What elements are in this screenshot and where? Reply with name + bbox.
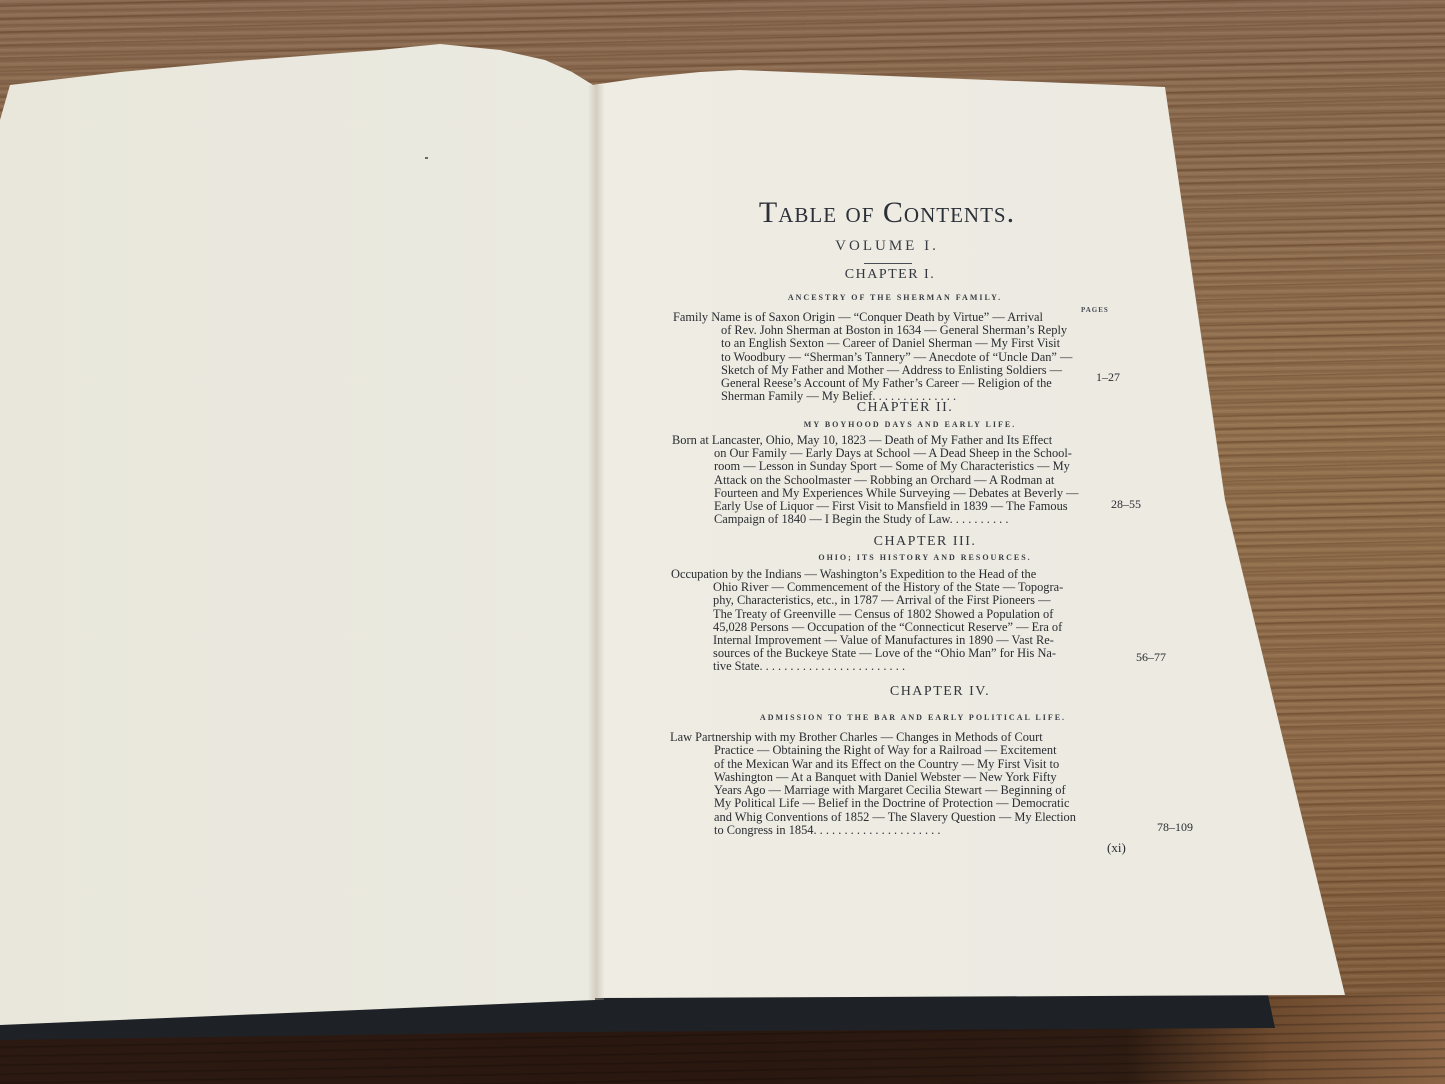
summary-line: tive State. . . . . . . . . . . . . . . … — [713, 660, 1117, 673]
summary-line: Campaign of 1840 — I Begin the Study of … — [714, 513, 1104, 526]
summary-line: My Political Life — Belief in the Doctri… — [714, 797, 1140, 810]
chapter-4-summary: Law Partnership with my Brother Charles … — [670, 731, 1140, 837]
chapter-3-summary: Occupation by the Indians — Washington’s… — [671, 568, 1117, 674]
summary-line: Years Ago — Marriage with Margaret Cecil… — [714, 784, 1140, 797]
chapter-1-pages: 1–27 — [1096, 370, 1120, 385]
book-gutter — [588, 85, 604, 1000]
chapter-1-subtitle: ANCESTRY OF THE SHERMAN FAMILY. — [750, 293, 1040, 302]
chapter-4-subtitle: ADMISSION TO THE BAR AND EARLY POLITICAL… — [738, 713, 1088, 722]
chapter-2-subtitle: MY BOYHOOD DAYS AND EARLY LIFE. — [770, 420, 1050, 429]
volume-label: VOLUME I. — [792, 238, 982, 255]
summary-line: Law Partnership with my Brother Charles … — [670, 731, 1140, 744]
chapter-4-pages: 78–109 — [1157, 820, 1193, 835]
page-title: Table of Contents. — [732, 196, 1042, 230]
summary-line: of the Mexican War and its Effect on the… — [714, 758, 1140, 771]
chapter-3-pages: 56–77 — [1136, 650, 1166, 665]
summary-line: and Whig Conventions of 1852 — The Slave… — [714, 811, 1140, 824]
chapter-2-pages: 28–55 — [1111, 497, 1141, 512]
paper-speck — [425, 157, 428, 159]
summary-line: Practice — Obtaining the Right of Way fo… — [714, 744, 1140, 757]
summary-line: room — Lesson in Sunday Sport — Some of … — [714, 460, 1104, 473]
summary-line: The Treaty of Greenville — Census of 180… — [713, 608, 1117, 621]
chapter-2-heading: CHAPTER II. — [815, 400, 995, 416]
summary-line: to an English Sexton — Career of Daniel … — [721, 337, 1079, 350]
chapter-1-summary: Family Name is of Saxon Origin — “Conque… — [673, 311, 1079, 403]
summary-line: phy, Characteristics, etc., in 1787 — Ar… — [713, 594, 1117, 607]
chapter-3-subtitle: OHIO; ITS HISTORY AND RESOURCES. — [785, 553, 1065, 562]
summary-line: to Congress in 1854. . . . . . . . . . .… — [714, 824, 1140, 837]
chapter-2-summary: Born at Lancaster, Ohio, May 10, 1823 — … — [672, 434, 1104, 526]
chapter-1-heading: CHAPTER I. — [800, 267, 980, 283]
chapter-3-heading: CHAPTER III. — [830, 534, 1020, 550]
summary-line: Attack on the Schoolmaster — Robbing an … — [714, 474, 1104, 487]
page-number-folio: (xi) — [1107, 840, 1126, 856]
summary-line: Washington — At a Banquet with Daniel We… — [714, 771, 1140, 784]
pages-column-label: PAGES — [1081, 306, 1109, 314]
summary-line: to Woodbury — “Sherman’s Tannery” — Anec… — [721, 351, 1079, 364]
title-divider — [864, 263, 912, 264]
chapter-4-heading: CHAPTER IV. — [845, 684, 1035, 700]
